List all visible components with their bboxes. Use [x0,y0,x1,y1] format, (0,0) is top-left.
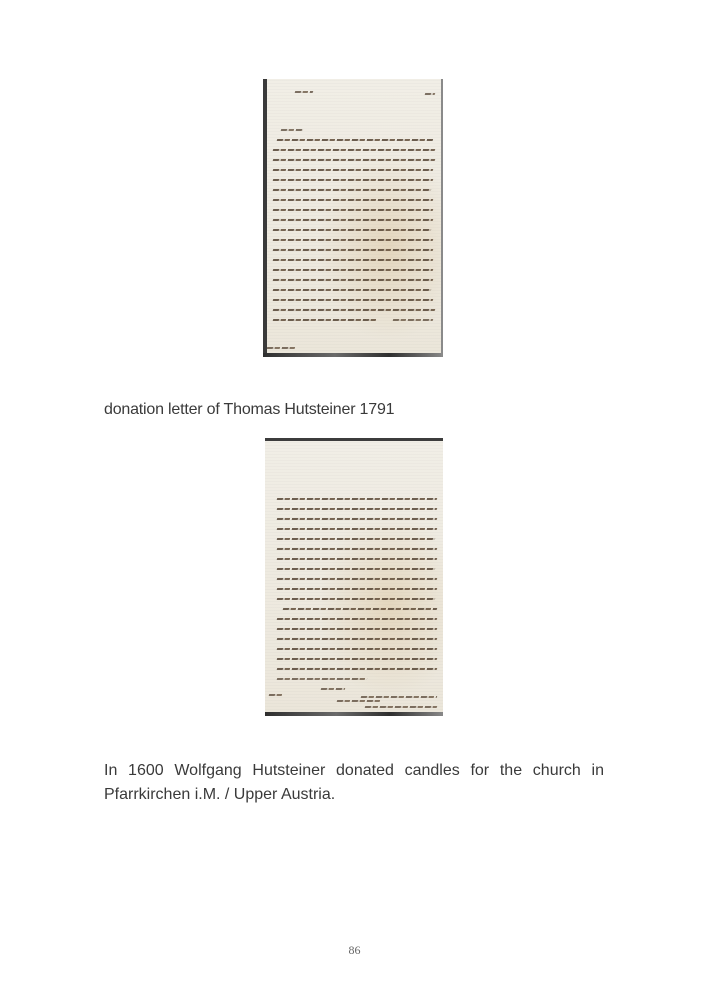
scanned-letter-image-2 [265,438,443,716]
handwriting-line [273,279,434,281]
handwriting-line [277,528,438,530]
scan-edge-right [441,79,443,357]
scan-edge-left [263,79,267,357]
handwriting-line [277,628,438,630]
paper-texture [263,79,443,357]
handwriting-line [277,638,438,640]
handwriting-line [277,568,436,570]
handwriting-line [273,199,434,201]
handwriting-line [273,299,434,301]
handwriting-line [277,678,368,680]
figure-caption: donation letter of Thomas Hutsteiner 179… [104,401,394,419]
handwriting-line [273,269,434,271]
handwriting-line [273,209,434,211]
handwriting-header [295,91,314,93]
handwriting-line [277,139,434,141]
handwriting-line [277,548,438,550]
scan-edge-top [265,438,443,441]
handwriting-line [273,149,436,151]
document-page: donation letter of Thomas Hutsteiner 179… [0,0,709,992]
handwriting-line [273,219,434,221]
handwriting-line [273,159,436,161]
handwriting-line [273,229,432,231]
handwriting-line [277,498,438,500]
handwriting-line [277,588,438,590]
handwriting-line [273,249,434,251]
handwriting-signature [365,706,438,708]
handwriting-line [277,508,438,510]
handwriting-line [277,538,436,540]
handwriting-line [277,598,436,600]
handwriting-signature [361,696,438,698]
scan-edge-bottom [265,712,443,716]
body-paragraph: In 1600 Wolfgang Hutsteiner donated cand… [104,759,604,807]
handwriting-line [393,319,434,321]
scan-edge-bottom [263,353,443,357]
handwriting-line [277,618,438,620]
handwriting-line [273,319,378,321]
handwriting-line [273,189,432,191]
handwriting-line [277,648,438,650]
handwriting-line [277,658,438,660]
handwriting-line [277,578,438,580]
handwriting-line [273,169,434,171]
scanned-letter-image-1 [263,79,443,357]
handwriting-footer-signature [267,347,296,349]
handwriting-line [273,179,434,181]
handwriting-closing [337,700,382,702]
handwriting-corner-mark [425,93,436,95]
handwriting-line [273,289,432,291]
handwriting-line [273,309,436,311]
handwriting-line [283,608,438,610]
handwriting-date [321,688,346,690]
handwriting-line [277,558,438,560]
handwriting-line [277,668,438,670]
handwriting-left-note [269,694,284,696]
page-number: 86 [0,943,709,958]
handwriting-line [273,239,434,241]
handwriting-line [273,259,434,261]
handwriting-salutation [281,129,304,131]
paper-texture [265,438,443,716]
handwriting-line [277,518,438,520]
